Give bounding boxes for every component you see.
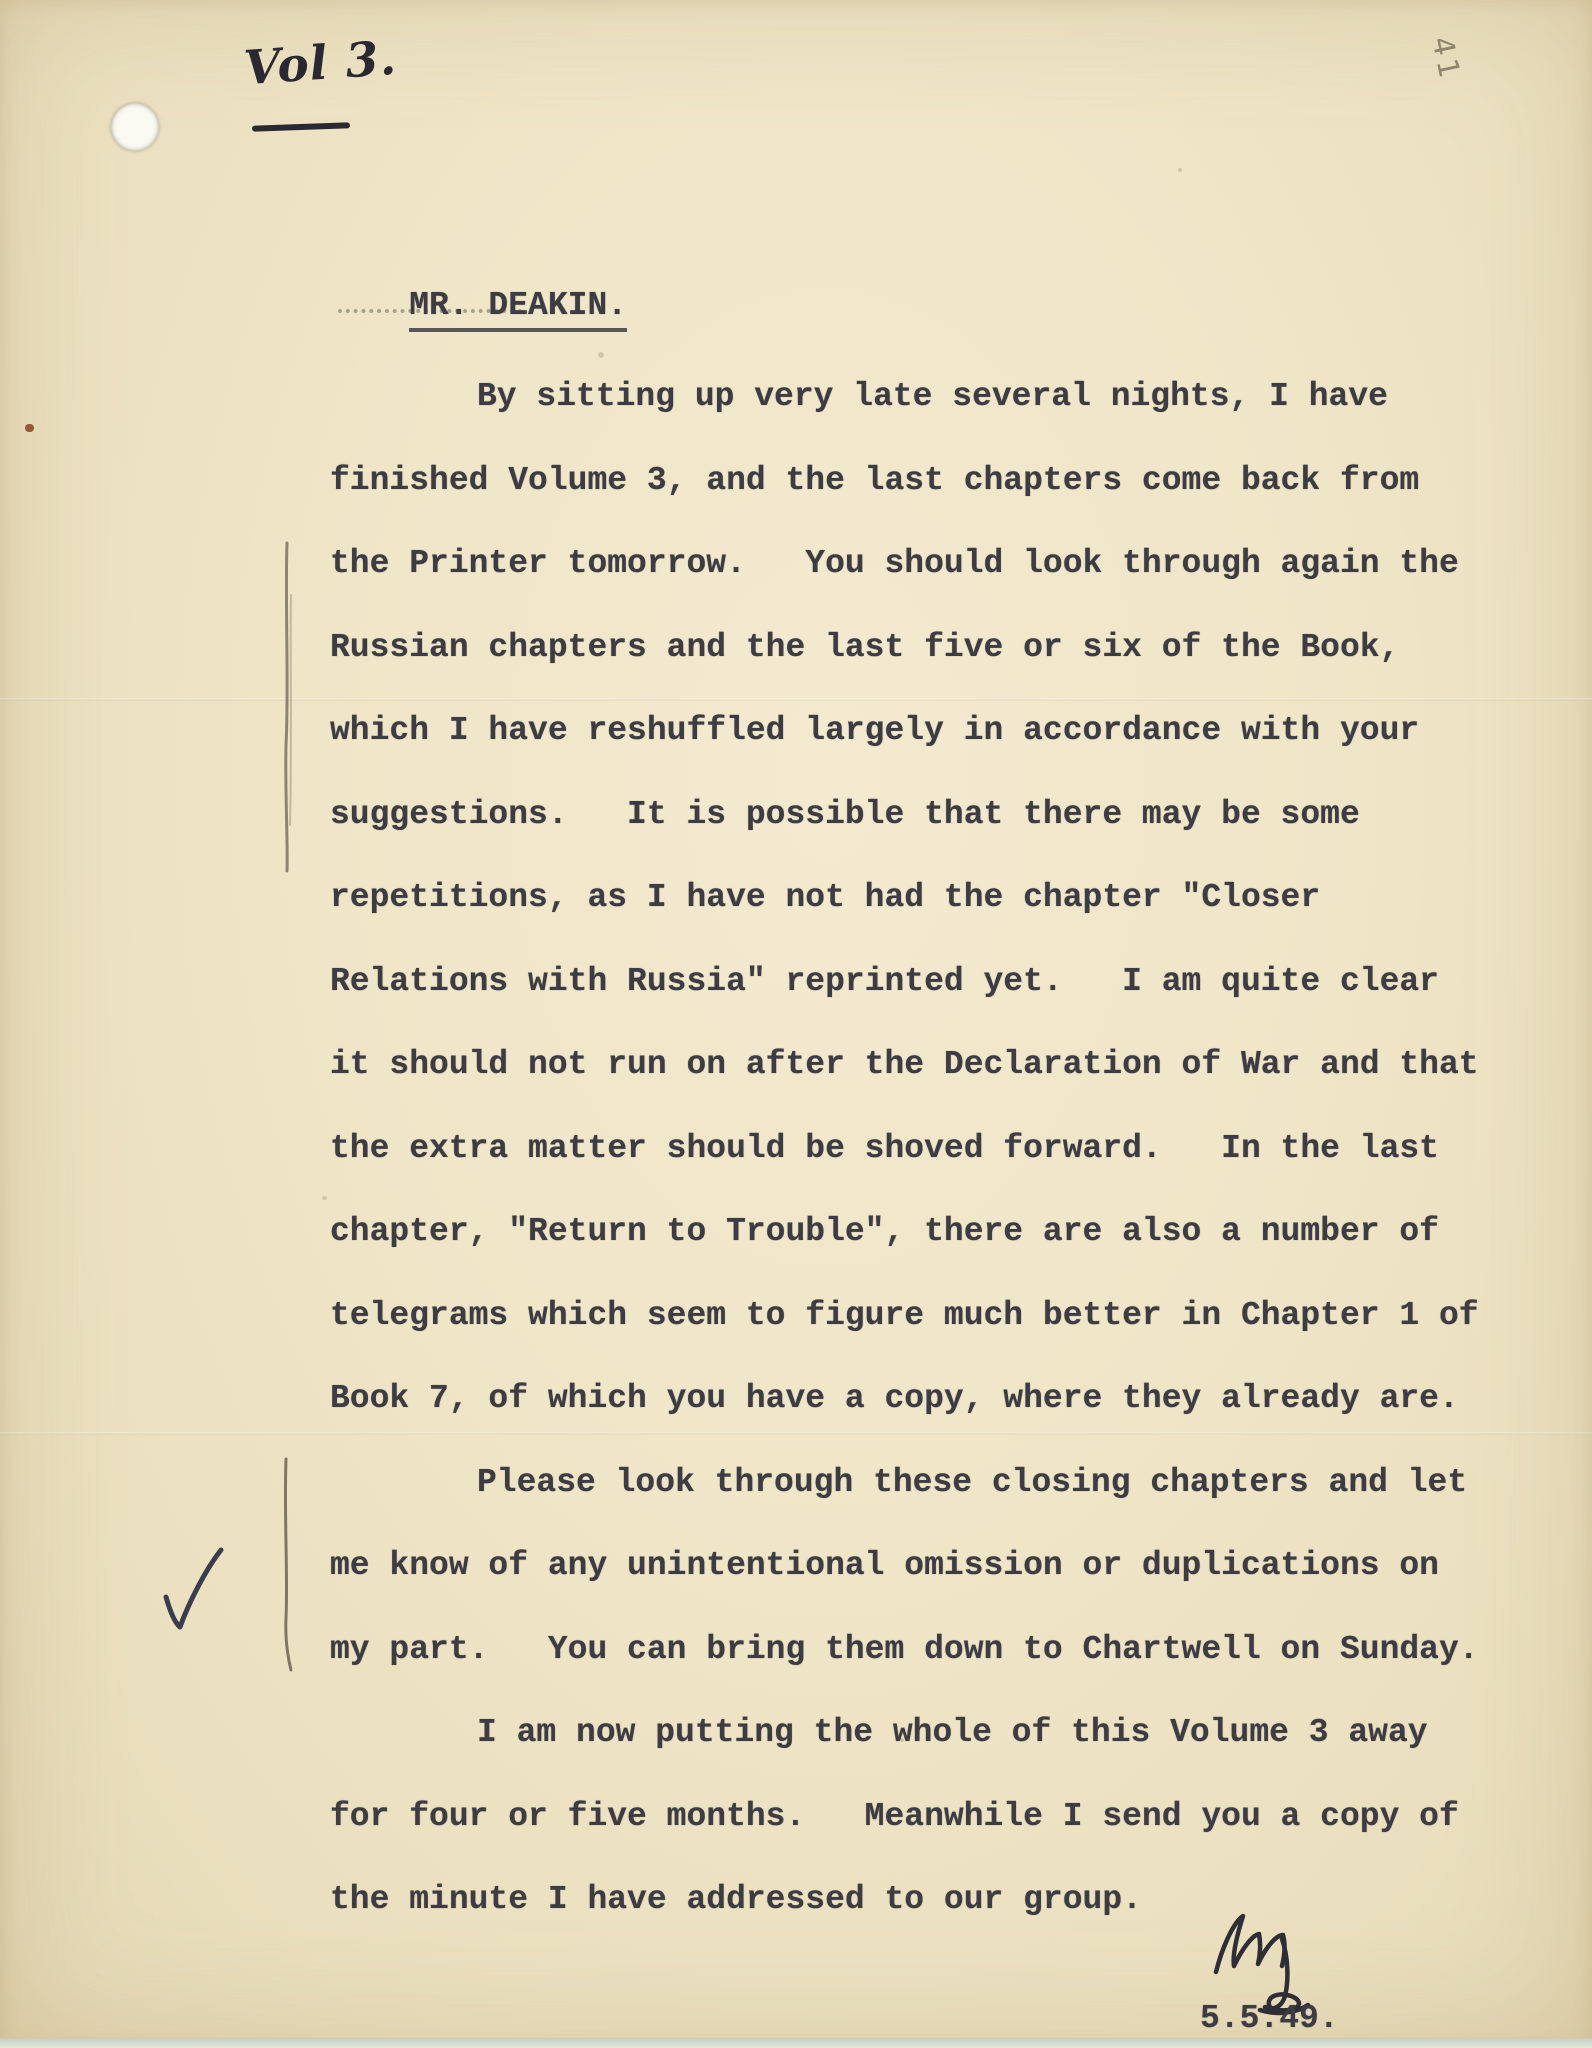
handwritten-volume-note: Vol 3. bbox=[242, 31, 398, 97]
body-line: Book 7, of which you have a copy, where … bbox=[330, 1357, 1479, 1441]
paper-speck bbox=[322, 1196, 327, 1200]
paper-speck bbox=[1178, 168, 1182, 172]
pencil-page-number: 41 bbox=[1425, 34, 1468, 85]
letter-page: Vol 3. 41 MR. DEAKIN. By sitting up very… bbox=[0, 0, 1592, 2048]
body-line: chapter, "Return to Trouble", there are … bbox=[330, 1190, 1479, 1274]
body-line: finished Volume 3, and the last chapters… bbox=[330, 439, 1479, 523]
body-line: Relations with Russia" reprinted yet. I … bbox=[330, 940, 1479, 1024]
checkmark-icon bbox=[158, 1545, 248, 1645]
margin-pencil-line bbox=[278, 540, 298, 875]
ink-speck bbox=[25, 424, 34, 432]
body-line: it should not run on after the Declarati… bbox=[330, 1023, 1479, 1107]
body-line: the extra matter should be shoved forwar… bbox=[330, 1107, 1479, 1191]
body-line: By sitting up very late several nights, … bbox=[330, 355, 1479, 439]
body-line: Russian chapters and the last five or si… bbox=[330, 606, 1479, 690]
date-line: 5.5.49. bbox=[1200, 1998, 1339, 2040]
body-line: the Printer tomorrow. You should look th… bbox=[330, 522, 1479, 606]
body-line: Please look through these closing chapte… bbox=[330, 1441, 1479, 1525]
body-line: which I have reshuffled largely in accor… bbox=[330, 689, 1479, 773]
volume-note-underline bbox=[252, 122, 350, 131]
body-line: telegrams which seem to figure much bett… bbox=[330, 1274, 1479, 1358]
body-line: I am now putting the whole of this Volum… bbox=[330, 1691, 1479, 1775]
letter-body: By sitting up very late several nights, … bbox=[330, 355, 1479, 1942]
body-line: me know of any unintentional omission or… bbox=[330, 1524, 1479, 1608]
body-line: for four or five months. Meanwhile I sen… bbox=[330, 1775, 1479, 1859]
margin-pencil-line bbox=[279, 1456, 297, 1676]
body-line: repetitions, as I have not had the chapt… bbox=[330, 856, 1479, 940]
recipient-underline-dots bbox=[338, 303, 522, 313]
body-line: my part. You can bring them down to Char… bbox=[330, 1608, 1479, 1692]
punch-hole bbox=[111, 103, 159, 151]
body-line: suggestions. It is possible that there m… bbox=[330, 773, 1479, 857]
scan-edge-strip bbox=[0, 2038, 1592, 2048]
